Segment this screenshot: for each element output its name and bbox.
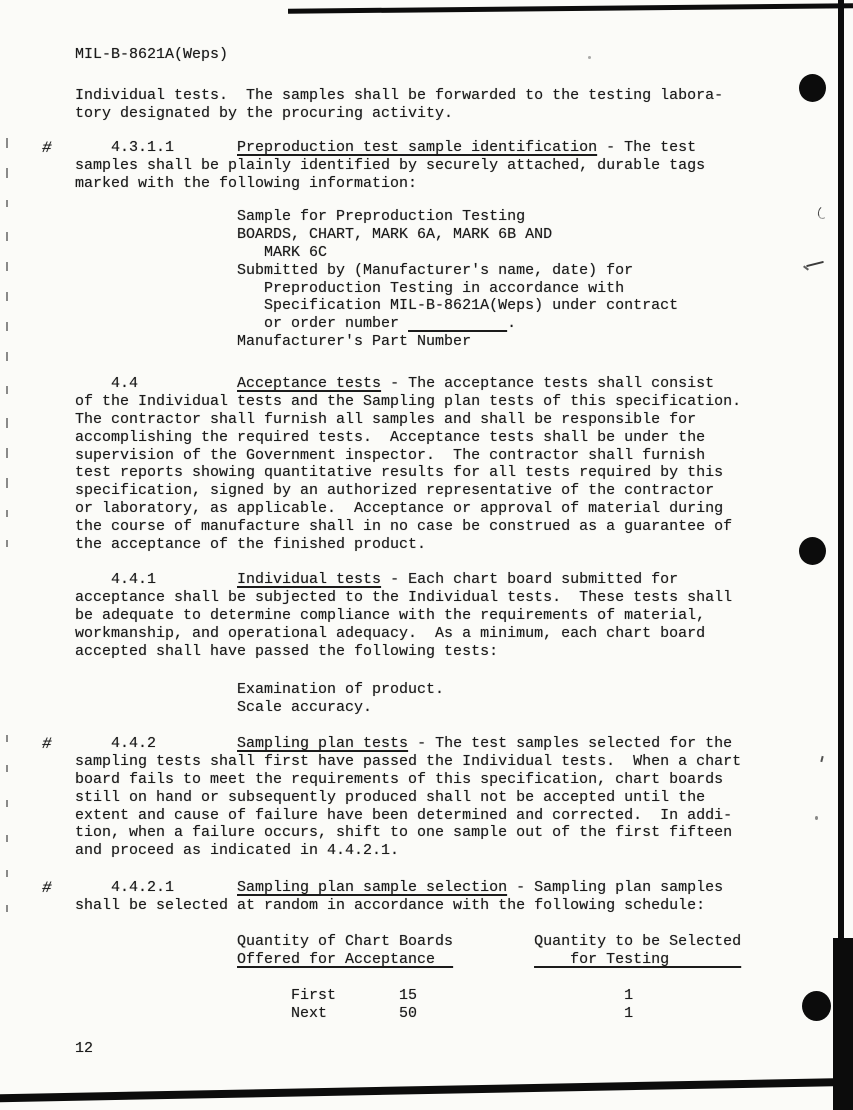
scan-speck [588, 56, 591, 59]
scan-margin-tick [6, 478, 8, 488]
change-marker-hash: # [42, 735, 52, 753]
stray-pencil-mark-c [817, 205, 830, 220]
change-marker-hash: # [42, 139, 52, 157]
scan-margin-tick [6, 352, 8, 361]
individual-tests-list: Examination of product. Scale accuracy. [75, 681, 444, 717]
scan-edge-bottom-bar [0, 1078, 853, 1103]
stray-check-mark [806, 261, 824, 267]
scan-edge-top-bar [288, 3, 853, 13]
scan-margin-tick [6, 510, 8, 517]
scan-margin-tick [6, 200, 8, 207]
scan-margin-tick [6, 386, 8, 394]
scan-margin-tick [6, 765, 8, 772]
sample-tag-marking-block: Sample for Preproduction Testing BOARDS,… [75, 208, 678, 351]
change-marker-hash: # [42, 879, 52, 897]
scan-margin-tick [6, 540, 8, 547]
doc-number-header: MIL-B-8621A(Weps) [75, 46, 228, 63]
scan-margin-tick [6, 322, 8, 331]
section-4-4-2-sampling-plan-tests: 4.4.2 Sampling plan tests - The test sam… [75, 735, 741, 860]
binder-hole-dot-bottom [802, 991, 831, 1021]
scan-margin-tick [6, 262, 8, 271]
binder-hole-dot-middle [799, 537, 826, 565]
sampling-schedule-table: Quantity of Chart Boards Quantity to be … [75, 933, 741, 1022]
scan-margin-tick [6, 418, 8, 428]
scanned-document-page: MIL-B-8621A(Weps) # # # Individual tests… [0, 0, 853, 1110]
scan-margin-tick [6, 905, 8, 912]
scan-margin-tick [6, 448, 8, 458]
stray-tick-mark [820, 756, 823, 762]
binder-hole-dot-top [799, 74, 826, 102]
scan-speck [815, 816, 818, 820]
scan-margin-tick [6, 138, 8, 148]
section-4-4-2-1-sampling-plan-sample-selection: 4.4.2.1 Sampling plan sample selection -… [75, 879, 723, 915]
section-4-4-acceptance-tests: 4.4 Acceptance tests - The acceptance te… [75, 375, 741, 554]
scan-margin-tick [6, 800, 8, 807]
scan-margin-tick [6, 870, 8, 877]
page-number: 12 [75, 1040, 93, 1057]
scan-margin-tick [6, 292, 8, 301]
scan-margin-tick [6, 232, 8, 241]
scan-margin-tick [6, 168, 8, 178]
section-4-4-1-individual-tests: 4.4.1 Individual tests - Each chart boar… [75, 571, 732, 660]
section-4-3-1-1-preproduction-test-sample-identification: 4.3.1.1 Preproduction test sample identi… [75, 139, 705, 193]
scan-margin-tick [6, 835, 8, 842]
paragraph-intro-continuation: Individual tests. The samples shall be f… [75, 87, 723, 123]
scan-margin-tick [6, 735, 8, 742]
